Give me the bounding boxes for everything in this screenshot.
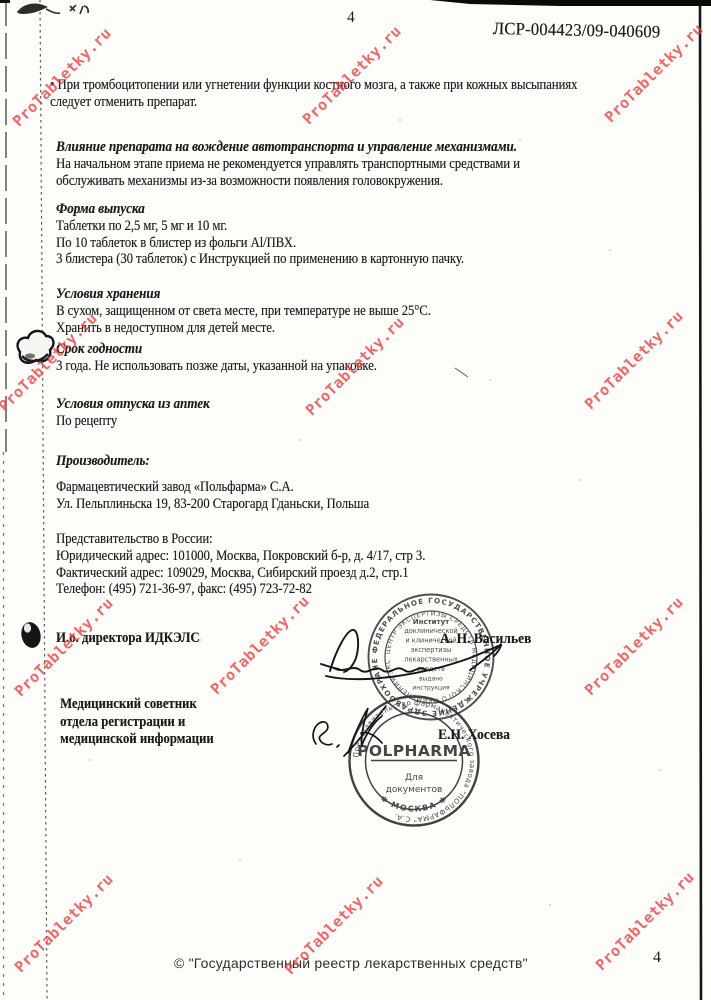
text-section: Представительство в России:Юридический а… [56, 531, 476, 598]
top-left-scan-nub [0, 0, 10, 3]
section-heading: Срок годности [56, 341, 377, 358]
footer-copyright: © "Государственный реестр лекарственных … [174, 955, 528, 971]
text-line: • При тромбоцитопении или угнетении функ… [50, 77, 577, 94]
signatory-role-line: отдела регистрации и [60, 714, 214, 732]
section-heading: Условия отпуска из аптек [56, 396, 210, 413]
top-scan-edge-bar [430, 0, 711, 6]
section-heading: Условия хранения [56, 286, 431, 303]
right-scan-border-line [700, 6, 701, 1000]
text-line: Хранить в недоступном для детей месте. [56, 320, 431, 337]
ink-drop [19, 620, 43, 649]
polpharma-stamp-title: POLPHARMA [357, 742, 471, 760]
text-line: По рецепту [56, 413, 210, 430]
text-line: По 10 таблеток в блистер из фольги Al/ПВ… [56, 235, 464, 252]
polpharma-round-stamp: Представительство фармацевтического заво… [350, 697, 479, 826]
page-fold-dashed-line [40, 0, 47, 1000]
text-line: 3 блистера (30 таблеток) с Инструкцией п… [56, 251, 464, 268]
bottom-page-number: 4 [653, 949, 661, 967]
pen-tick-mark [455, 368, 468, 377]
corner-pen-scribble [18, 4, 88, 14]
section-heading: Производитель: [56, 453, 369, 470]
registration-number: ЛСР-004423/09-040609 [493, 18, 661, 43]
svg-text:инструкция: инструкция [412, 685, 450, 692]
svg-text:выдано: выдано [419, 676, 443, 683]
text-section: Производитель:Фармацевтический завод «По… [56, 453, 412, 512]
section-heading: Форма выпуска [56, 201, 464, 218]
polpharma-stamp-subtitle: Для [405, 773, 423, 783]
ink-smudge-blob [18, 331, 54, 363]
text-line: На начальном этапе приема не рекомендует… [56, 156, 520, 173]
text-section: Срок годности3 года. Не использовать поз… [56, 341, 421, 375]
text-line: Телефон: (495) 721-36-97, факс: (495) 72… [56, 581, 425, 598]
institute-stamp-center-text: Институт доклинической и клинической экс… [404, 618, 458, 692]
text-section: Условия отпуска из аптекПо рецепту [56, 396, 231, 430]
scanned-document-page: 4 ЛСР-004423/09-040609 © "Государственны… [0, 0, 711, 1000]
signatory-name-1: А. Н. Васильев [440, 631, 531, 648]
signatory-role-1: И.о. директора ИДКЭЛС [56, 630, 219, 648]
text-line: обслуживать механизмы из-за возможности … [56, 173, 520, 190]
text-line: Представительство в России: [56, 531, 425, 548]
section-heading: Влияние препарата на вождение автотрансп… [56, 139, 520, 156]
text-line: следует отменить препарат. [50, 94, 577, 111]
svg-text:лекарственных: лекарственных [404, 656, 458, 664]
polpharma-stamp-subtitle: документов [386, 785, 443, 795]
text-section: Условия храненияВ сухом, защищенном от с… [56, 286, 482, 336]
text-line: Фактический адрес: 109029, Москва, Сибир… [56, 565, 425, 582]
text-line: Таблетки по 2,5 мг, 5 мг и 10 мг. [56, 218, 464, 235]
text-line: Фармацевтический завод «Польфарма» С.А. [56, 479, 369, 496]
signatory-name-2: Е.Н. Хосева [438, 727, 510, 744]
text-line: Юридический адрес: 101000, Москва, Покро… [56, 548, 425, 565]
signatory-role-2: Медицинский советникотдела регистрации и… [60, 696, 235, 749]
signatory-role-line: медицинской информации [60, 731, 214, 749]
text-section: Влияние препарата на вождение автотрансп… [56, 139, 583, 189]
text-section: • При тромбоцитопении или угнетении функ… [50, 77, 649, 111]
signatory-role-line: Медицинский советник [60, 696, 214, 714]
svg-text:Институт: Институт [413, 618, 450, 626]
text-line: Ул. Пельплиньска 19, 83-200 Старогард Гд… [56, 496, 369, 513]
top-page-number: 4 [347, 9, 355, 27]
text-line: В сухом, защищенном от света месте, при … [56, 303, 431, 320]
text-section: Форма выпускаТаблетки по 2,5 мг, 5 мг и … [56, 201, 520, 268]
text-line: 3 года. Не использовать позже даты, указ… [56, 358, 377, 375]
